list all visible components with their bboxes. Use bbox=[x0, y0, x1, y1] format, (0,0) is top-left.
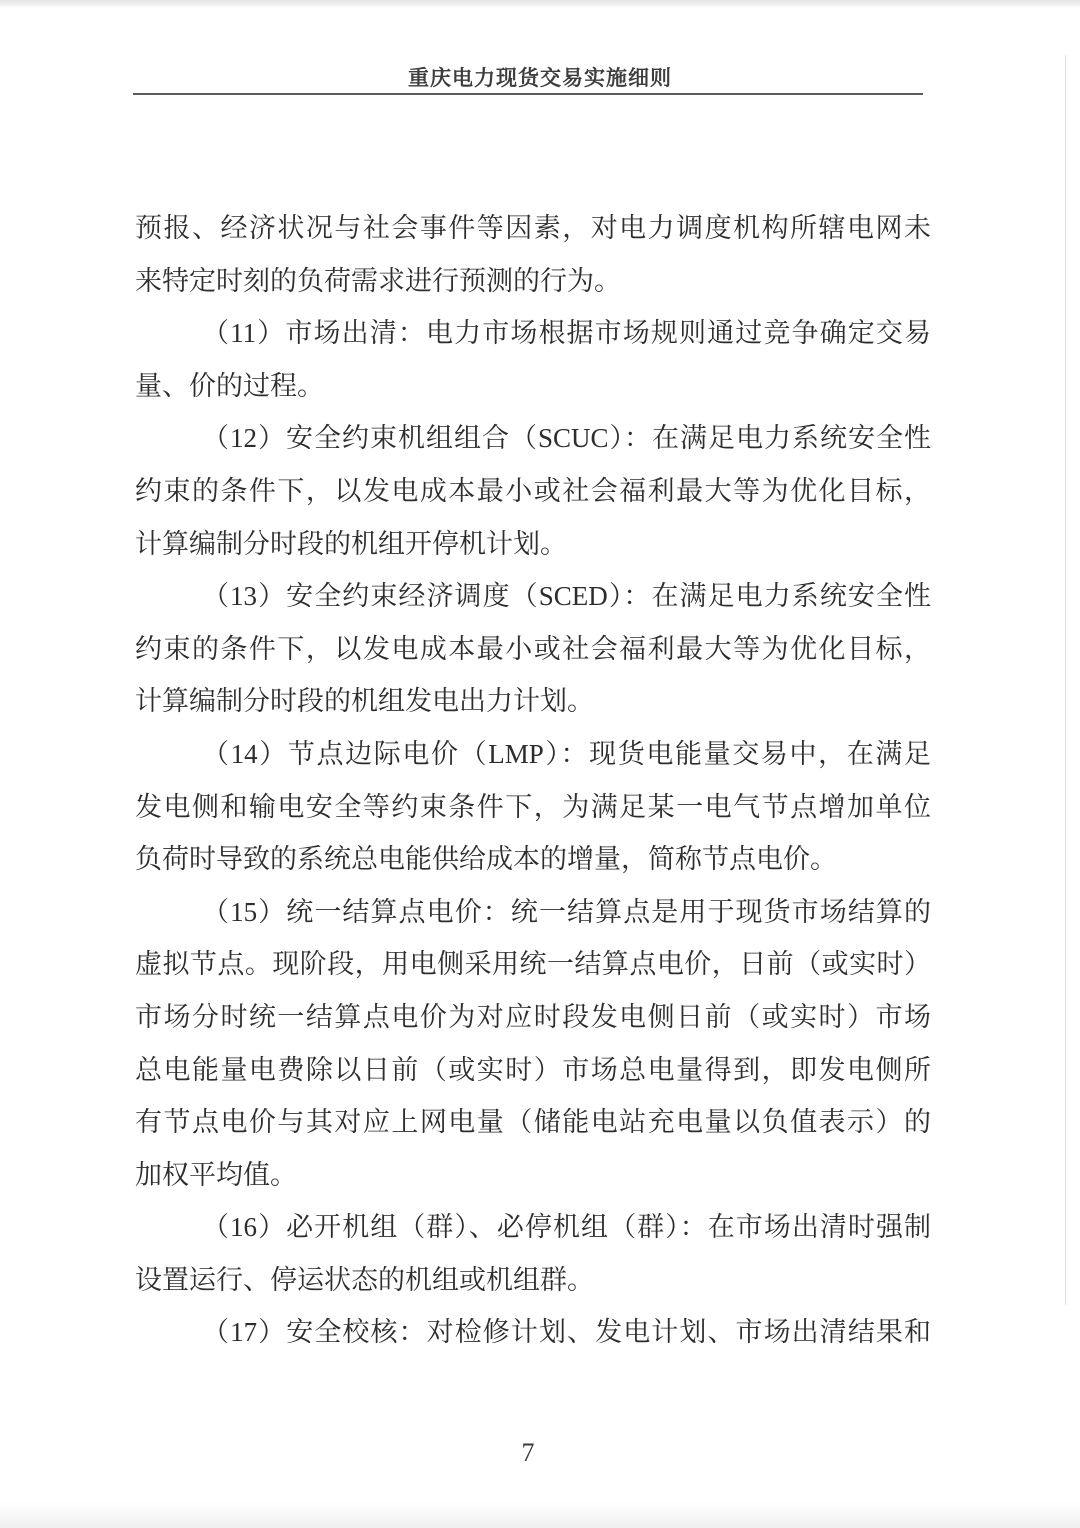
text-line: （14）节点边际电价（LMP）：现货电能量交易中，在满足 bbox=[135, 728, 931, 781]
scan-edge-artifact-right bbox=[1065, 55, 1066, 1305]
text-line: 计算编制分时段的机组开停机计划。 bbox=[135, 518, 931, 571]
text-line: 虚拟节点。现阶段，用电侧采用统一结算点电价，日前（或实时） bbox=[135, 938, 931, 991]
text-line: 来特定时刻的负荷需求进行预测的行为。 bbox=[135, 255, 931, 308]
scan-edge-artifact-top bbox=[0, 0, 1080, 8]
text-line: 设置运行、停运状态的机组或机组群。 bbox=[135, 1254, 931, 1307]
document-page: 重庆电力现货交易实施细则 预报、经济状况与社会事件等因素，对电力调度机构所辖电网… bbox=[0, 0, 1080, 1528]
text-line: 市场分时统一结算点电价为对应时段发电侧日前（或实时）市场 bbox=[135, 991, 931, 1044]
text-line: 加权平均值。 bbox=[135, 1149, 931, 1202]
text-line: 量、价的过程。 bbox=[135, 360, 931, 413]
text-line: 发电侧和输电安全等约束条件下，为满足某一电气节点增加单位 bbox=[135, 781, 931, 834]
document-header-title: 重庆电力现货交易实施细则 bbox=[0, 62, 1080, 92]
text-line: 约束的条件下，以发电成本最小或社会福利最大等为优化目标， bbox=[135, 465, 931, 518]
text-line: （13）安全约束经济调度（SCED）：在满足电力系统安全性 bbox=[135, 570, 931, 623]
text-line: （15）统一结算点电价：统一结算点是用于现货市场结算的 bbox=[135, 886, 931, 939]
page-number: 7 bbox=[0, 1438, 1068, 1468]
text-line: 计算编制分时段的机组发电出力计划。 bbox=[135, 675, 931, 728]
text-line: （17）安全校核：对检修计划、发电计划、市场出清结果和 bbox=[135, 1306, 931, 1359]
text-line: 约束的条件下，以发电成本最小或社会福利最大等为优化目标， bbox=[135, 623, 931, 676]
text-line: 总电能量电费除以日前（或实时）市场总电量得到，即发电侧所 bbox=[135, 1044, 931, 1097]
text-line: （12）安全约束机组组合（SCUC）：在满足电力系统安全性 bbox=[135, 412, 931, 465]
text-line: 负荷时导致的系统总电能供给成本的增量，简称节点电价。 bbox=[135, 833, 931, 886]
text-line: （11）市场出清：电力市场根据市场规则通过竞争确定交易 bbox=[135, 307, 931, 360]
scan-edge-artifact-bottom bbox=[0, 1498, 1080, 1528]
text-line: 预报、经济状况与社会事件等因素，对电力调度机构所辖电网未 bbox=[135, 202, 931, 255]
text-line: （16）必开机组（群）、必停机组（群）：在市场出清时强制 bbox=[135, 1201, 931, 1254]
text-line: 有节点电价与其对应上网电量（储能电站充电量以负值表示）的 bbox=[135, 1096, 931, 1149]
document-body: 预报、经济状况与社会事件等因素，对电力调度机构所辖电网未来特定时刻的负荷需求进行… bbox=[135, 202, 931, 1359]
header-rule bbox=[133, 93, 923, 95]
